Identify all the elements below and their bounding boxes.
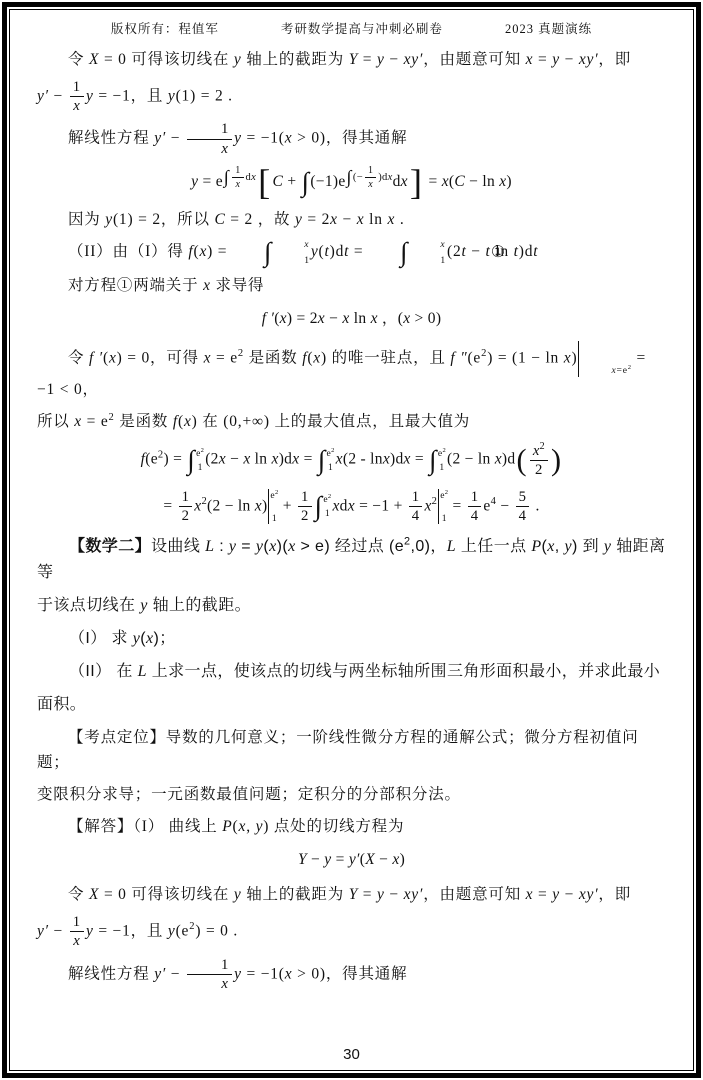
math-var: x (73, 933, 80, 949)
math-text: > 0) (410, 310, 441, 327)
math-text: 是函数 (244, 350, 302, 367)
lower-limit: 1 (438, 463, 446, 473)
math-text: = (424, 173, 441, 190)
math-var: x (495, 451, 502, 468)
fraction-denominator: 2 (182, 507, 190, 524)
fraction: 14 (468, 489, 482, 524)
fraction-denominator: x (190, 140, 228, 157)
math-text: > 0)，得其通解 (292, 130, 407, 147)
formula-line: Y − y = y′(X − x) (37, 847, 666, 872)
math-text: 于该点切线在 (37, 597, 140, 614)
math-text: ) (400, 851, 405, 868)
math-var: x (304, 239, 309, 250)
math-text: 对方程①两端关于 (68, 277, 203, 294)
integral: ∫e21 (318, 447, 335, 474)
math-text: ，即 (598, 51, 631, 68)
math-var: y (552, 886, 560, 903)
math-var: xy′ (579, 886, 599, 903)
math-text: = (163, 497, 176, 514)
math-var: t (533, 243, 538, 260)
math-text: = (533, 886, 552, 903)
math-text: − (385, 886, 404, 903)
fraction-numerator: 1 (232, 165, 243, 178)
math-text: . (395, 211, 404, 228)
math-text: = e (211, 350, 238, 367)
lower-limit: 1 (196, 463, 204, 473)
text-line: （I） 求 y(x)； (37, 626, 666, 652)
math-var: x (221, 976, 228, 992)
math-text: 上任一点 (456, 538, 531, 555)
superscript: 2 (432, 496, 438, 507)
integral-sign: ∫ (347, 168, 352, 186)
text-line: （II）由（I）得 f(x) = ∫x1y(t)dt = ∫x1(2t − t … (37, 239, 666, 266)
math-var: y′ (154, 965, 166, 982)
math-var: Y (349, 886, 358, 903)
math-var: x (318, 310, 325, 327)
math-text: , (555, 538, 565, 555)
fraction-denominator: 4 (519, 507, 527, 524)
math-text: )d (330, 243, 345, 260)
math-var: y′ (154, 130, 166, 147)
fraction-numerator: 1 (187, 957, 232, 975)
math-var: x (401, 173, 408, 190)
fraction: 1x (187, 957, 232, 992)
text-line: 【数学二】设曲线 L : y = y(x)(x > e) 经过点 (e2,0)，… (37, 534, 666, 586)
math-text: 变限积分求导；一元函数最值问题；定积分的分部积分法。 (37, 786, 461, 803)
math-var: y′ (37, 87, 49, 104)
math-text: − (307, 851, 324, 868)
fraction-numerator: 1 (70, 79, 84, 97)
math-text: （II）由（I）得 (68, 243, 188, 260)
upper-limit: e2 (327, 448, 335, 459)
math-text: (1) = 2 . (176, 87, 233, 104)
math-var: x (424, 497, 431, 514)
math-text: − (49, 923, 68, 940)
math-text: 2 (301, 508, 309, 524)
math-text: =e (617, 365, 628, 376)
fraction-denominator: x (190, 975, 228, 992)
lower-limit: 1 (409, 256, 446, 266)
math-text: − (49, 87, 68, 104)
fraction: 14 (409, 489, 423, 524)
math-text: (− (353, 172, 363, 183)
math-var: y (552, 51, 560, 68)
math-var: x (272, 451, 279, 468)
superscript: 2 (331, 447, 335, 454)
fraction: 54 (516, 489, 530, 524)
integral-sign: ∫ (318, 447, 326, 474)
math-text: （I） 求 (69, 630, 133, 647)
math-var: y (234, 130, 242, 147)
math-var: X (365, 851, 375, 868)
math-text: ，由题意可知 (423, 886, 525, 903)
math-text: 解线性方程 (68, 130, 154, 147)
math-text: − (166, 130, 185, 147)
integral-sign: ∫ (429, 447, 437, 474)
math-var: f ′ (89, 350, 103, 367)
header-title: 考研数学提高与冲刺必刷卷 (281, 19, 443, 37)
math-text: 【解答】（I） 曲线上 (68, 818, 222, 835)
text-line: 所以 x = e2 是函数 f(x) 在 (0,+∞) 上的最大值点，且最大值为 (37, 409, 666, 434)
math-text: 【考点定位】导数的几何意义；一阶线性微分方程的通解公式；微分方程初值问题； (37, 729, 639, 771)
math-var: x (547, 538, 555, 555)
math-var: x (371, 310, 378, 327)
fraction: 12 (179, 489, 193, 524)
math-text: 2 (328, 493, 332, 500)
math-var: x (109, 350, 117, 367)
math-text: = (236, 538, 255, 555)
integral: ∫e21 (315, 493, 332, 520)
bold-label: 【数学二】 (69, 538, 151, 555)
math-text: 1 (442, 513, 447, 524)
big-bracket: [ (256, 162, 272, 202)
math-text: 轴上的截距为 (242, 51, 349, 68)
superscript: ∫1xdx (223, 172, 256, 183)
math-text: 2 (331, 447, 335, 454)
lower-limit: 1 (323, 509, 331, 519)
math-text: ln (350, 310, 371, 327)
math-text: 因为 (68, 211, 105, 228)
math-text: = e (82, 413, 109, 430)
math-var: y′ (349, 851, 360, 868)
math-text: 轴上的截距为 (242, 886, 349, 903)
math-var: L (205, 538, 214, 555)
math-text: = (411, 451, 428, 468)
fraction-numerator: 1 (70, 914, 84, 932)
math-text: − (560, 51, 579, 68)
math-text: 2 (275, 489, 279, 496)
math-text: 1 (221, 957, 229, 973)
math-var: y (105, 211, 113, 228)
math-text: = −1( (242, 130, 285, 147)
math-text: = −1，且 (94, 87, 168, 104)
superscript: 2 (442, 447, 446, 454)
math-var: x (288, 538, 296, 555)
text-line: （II） 在 L 上求一点，使该点的切线与两坐标轴所围三角形面积最小，并求此最小 (37, 659, 666, 685)
math-text: 1 (412, 489, 420, 505)
math-text: )d (378, 172, 387, 183)
upper-limit: x (409, 240, 446, 250)
math-text: )( (277, 538, 288, 555)
math-var: y (168, 87, 176, 104)
math-text: 1 (368, 165, 373, 176)
math-text: (2 - ln (343, 451, 383, 468)
math-text: 1 (301, 489, 309, 505)
integral-limits: x1 (273, 239, 310, 266)
eval-bar: e21 (438, 489, 448, 525)
text-line: 解线性方程 y′ − 1xy = −1(x > 0)，得其通解 (37, 957, 666, 992)
math-text: (−1)e (310, 173, 345, 190)
integral-limits: x1 (409, 239, 446, 266)
big-paren: ( (515, 443, 527, 477)
math-var: x (387, 211, 395, 228)
fraction-numerator: 1 (468, 489, 482, 507)
integral-limits: e21 (438, 447, 446, 474)
math-text: (2 − ln (207, 497, 255, 514)
math-text: 1 (182, 489, 190, 505)
superscript: 2 (275, 489, 279, 496)
math-text: = 0 可得该切线在 (99, 51, 234, 68)
math-var: Y (298, 851, 307, 868)
integral-sign: ∫ (302, 169, 310, 196)
math-text: 求导得 (211, 277, 265, 294)
math-var: y (377, 886, 385, 903)
math-text: − (226, 451, 243, 468)
math-text: 4 (519, 508, 527, 524)
document-body: 令 X = 0 可得该切线在 y 轴上的截距为 Y = y − xy′，由题意可… (37, 47, 666, 992)
math-var: P (222, 818, 232, 835)
integral: ∫ (224, 168, 229, 186)
text-line: y′ − 1xy = −1，且 y(1) = 2 . (37, 79, 666, 114)
math-text: ) 在 (0,+∞) 上的最大值点，且最大值为 (192, 413, 470, 430)
upper-limit: e2 (323, 494, 331, 505)
fraction-numerator: 1 (179, 489, 193, 507)
integral-sign: ∫ (369, 239, 408, 266)
math-text: 令 (68, 51, 89, 68)
math-var: y (86, 923, 94, 940)
math-text: = −1，且 (94, 923, 168, 940)
math-text: ,0)， (410, 538, 446, 555)
math-text: = (448, 497, 465, 514)
math-var: L (138, 663, 147, 680)
math-var: y (234, 886, 242, 903)
math-text: − (166, 965, 185, 982)
math-var: C (454, 173, 465, 190)
fraction-numerator: 1 (365, 165, 376, 178)
math-var: X (89, 886, 99, 903)
math-text: 设曲线 (151, 538, 205, 555)
math-text: ) = 0 . (195, 923, 238, 940)
math-text: , (246, 818, 255, 835)
fraction-denominator: x (236, 178, 241, 190)
math-var: y (565, 538, 573, 555)
math-text: 2 (535, 462, 543, 478)
math-text: ) (262, 497, 267, 514)
math-text: = (349, 243, 368, 260)
math-var: x (336, 451, 343, 468)
integral: ∫e21 (429, 447, 446, 474)
text-line: 变限积分求导；一元函数最值问题；定积分的分部积分法。 (37, 782, 666, 807)
math-text: ) = (163, 451, 186, 468)
math-text: 4 (412, 508, 420, 524)
fraction: x22 (530, 442, 548, 478)
math-text: e (483, 497, 490, 514)
math-text: ) (506, 173, 511, 190)
math-text: = (331, 851, 348, 868)
math-text: 1 (221, 121, 229, 137)
math-text: − (338, 211, 357, 228)
math-var: x (330, 211, 338, 228)
math-text: 2 (201, 447, 205, 454)
math-text: ) = 0，可得 (117, 350, 204, 367)
math-text: 1 (235, 165, 240, 176)
text-line: 对方程①两端关于 x 求导得 (37, 273, 666, 298)
eval-bar-line (268, 489, 269, 525)
math-text: ln (251, 451, 272, 468)
math-var: xy′ (404, 51, 424, 68)
math-text: )d (390, 451, 404, 468)
math-var: x (442, 173, 449, 190)
math-text: . (531, 497, 539, 514)
math-text: = (533, 51, 552, 68)
page-number: 30 (7, 1046, 696, 1063)
math-text: 上求一点，使该点的切线与两坐标轴所围三角形面积最小，并求此最小 (147, 663, 660, 680)
math-text: )d (519, 243, 534, 260)
math-text: (2 − ln (447, 451, 495, 468)
math-text: = −1( (242, 965, 285, 982)
math-text: 5 (519, 489, 527, 505)
integral-sign: ∫ (224, 168, 229, 186)
math-text: ) (571, 350, 577, 367)
math-text: ，即 (598, 886, 631, 903)
fraction-denominator: 2 (301, 507, 309, 524)
math-var: x (73, 98, 80, 114)
math-var: x (219, 451, 226, 468)
eval-bar-limits: x=e2 (580, 341, 631, 377)
math-var: y (311, 243, 319, 260)
fraction-denominator: 4 (471, 507, 479, 524)
math-text: ) = (1 − ln (487, 350, 564, 367)
math-var: xy′ (579, 51, 599, 68)
math-var: x (342, 310, 349, 327)
page-frame: 版权所有：程值军 考研数学提高与冲刺必刷卷 2023 真题演练 令 X = 0 … (2, 2, 701, 1078)
page-content: 版权所有：程值军 考研数学提高与冲刺必刷卷 2023 真题演练 令 X = 0 … (7, 7, 696, 1073)
math-text: = (299, 451, 316, 468)
math-var: X (89, 51, 99, 68)
math-var: x (313, 350, 321, 367)
math-var: y (234, 965, 242, 982)
superscript: 2 (540, 441, 545, 452)
text-line: y′ − 1xy = −1，且 y(e2) = 0 . (37, 914, 666, 949)
text-line: 于该点切线在 y 轴上的截距。 (37, 593, 666, 619)
fraction: 1x (70, 79, 84, 114)
math-var: x (404, 451, 411, 468)
math-var: y (168, 923, 176, 940)
math-text: = (358, 51, 377, 68)
integral: ∫x1 (369, 239, 446, 266)
math-var: x (74, 413, 82, 430)
math-text: = 2 ，故 (226, 211, 295, 228)
formula-line: = 12x2(2 − ln x)e21 + 12∫e21xdx = −1 + 1… (37, 489, 666, 525)
math-text: ) = 2 (287, 310, 318, 327)
fraction-numerator: 1 (409, 489, 423, 507)
math-text: − ln (465, 173, 499, 190)
formula-line: f(e2) = ∫e21(2x − x ln x)dx = ∫e21x(2 - … (37, 442, 666, 478)
math-var: f ″ (450, 350, 467, 367)
upper-limit (580, 342, 631, 351)
math-text: (e (145, 451, 158, 468)
math-var: x (269, 538, 277, 555)
formula-line: f ′(x) = 2x − x ln x ，(x > 0) (37, 306, 666, 331)
math-text: > 0)，得其通解 (292, 965, 407, 982)
upper-limit: x (273, 240, 310, 250)
math-text: 是函数 (115, 413, 173, 430)
lower-limit: x=e2 (580, 365, 631, 376)
math-text: )； (154, 630, 176, 647)
math-text: − (375, 851, 392, 868)
math-text: ) 到 (572, 538, 604, 555)
math-text: : (214, 538, 229, 555)
integral: ∫e21 (187, 447, 204, 474)
math-text: ，( (378, 310, 403, 327)
math-text: 面积。 (37, 696, 86, 713)
eval-bar-line (438, 489, 439, 525)
superscript: 2 (445, 489, 449, 496)
math-text: 1 (304, 255, 310, 266)
text-line: 解线性方程 y′ − 1xy = −1(x > 0)，得其通解 (37, 121, 666, 156)
math-var: xy′ (404, 886, 424, 903)
integral: ∫ (302, 169, 310, 196)
big-bracket: ] (408, 162, 424, 202)
fraction-denominator: 4 (412, 507, 420, 524)
math-text: = −1 + (355, 497, 407, 514)
eval-bar: x=e2 (578, 341, 631, 377)
upper-limit: e2 (438, 448, 446, 459)
math-text: ，由题意可知 (423, 51, 525, 68)
integral-sign: ∫ (233, 239, 272, 266)
eval-bar: e21 (268, 489, 278, 525)
integral: ∫x1 (233, 239, 310, 266)
math-var: y (86, 87, 94, 104)
superscript: ∫(−1x)dx (346, 172, 393, 183)
math-text: d (393, 173, 401, 190)
fraction-numerator: 1 (187, 121, 232, 139)
math-var: y (140, 597, 148, 614)
math-text: 2 (445, 489, 449, 496)
equation-number: ① (460, 240, 506, 266)
math-text: )d (279, 451, 293, 468)
math-var: x (440, 239, 445, 250)
text-line: 令 X = 0 可得该切线在 y 轴上的截距为 Y = y − xy′，由题意可… (37, 47, 666, 72)
math-text: − (496, 497, 513, 514)
integral: ∫ (347, 168, 352, 186)
integral-limits: e21 (323, 493, 331, 520)
math-var: x (236, 179, 241, 190)
math-text: = (358, 886, 377, 903)
integral-sign: ∫ (187, 447, 195, 474)
text-line: 面积。 (37, 692, 666, 718)
header-edition: 2023 真题演练 (505, 19, 592, 37)
fraction-numerator: 5 (516, 489, 530, 507)
fraction-denominator: x (73, 932, 80, 949)
math-text: (e (176, 923, 190, 940)
math-var: x (146, 630, 154, 647)
math-text: (1) = 2，所以 (113, 211, 215, 228)
math-var: x (199, 243, 207, 260)
math-text: − (560, 886, 579, 903)
math-text: 1 (272, 513, 277, 524)
math-text: 令 (68, 350, 89, 367)
math-var: f ′ (262, 310, 274, 327)
fraction-denominator: x (368, 178, 373, 190)
text-line: 令 X = 0 可得该切线在 y 轴上的截距为 Y = y − xy′，由题意可… (37, 882, 666, 907)
integral-limits: e21 (327, 447, 335, 474)
math-text: 2 (540, 441, 545, 452)
math-var: x (368, 179, 373, 190)
math-var: y (377, 51, 385, 68)
fraction: 12 (298, 489, 312, 524)
upper-limit: e2 (270, 490, 278, 501)
math-text: 解线性方程 (68, 965, 154, 982)
math-text: ) 的唯一驻点，且 (321, 350, 450, 367)
lower-limit: 1 (270, 514, 278, 524)
math-text: 轴上的截距。 (148, 597, 251, 614)
formula-line: y = e∫1xdx[C + ∫(−1)e∫(−1x)dxdx] = x(C −… (37, 165, 666, 197)
math-var: y (295, 211, 303, 228)
text-line: 令 f ′(x) = 0，可得 x = e2 是函数 f(x) 的唯一驻点，且 … (37, 341, 666, 402)
math-text: 1 (198, 462, 203, 473)
lower-limit: 1 (327, 463, 335, 473)
